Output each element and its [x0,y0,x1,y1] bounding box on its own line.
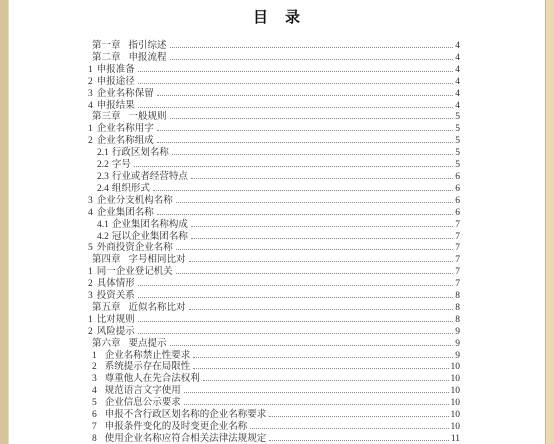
toc-entry: 2.3 行业或者经营特点 6 [88,172,460,184]
toc-entry-page: 4 [455,65,460,77]
dot-leader [193,357,453,358]
toc-entry: 1 企业名称用字 5 [88,124,460,136]
toc-entry-title: 申报不含行政区划名称的企业名称要求 [105,410,267,422]
toc-entry: 3 企业名称保留 4 [88,89,460,101]
toc-entry-number: 4.2 [97,232,109,244]
toc-entry-number: 第一章 [92,41,121,53]
toc-entry-title: 申报条件变化的及时变更企业名称 [105,422,248,434]
toc-entry: 4 企业集团名称 6 [88,208,460,220]
toc-entry-number: 2.3 [97,172,109,184]
toc-entry: 第四章 字号相同比对 7 [88,255,460,267]
toc-entry-number: 2.2 [97,160,109,172]
toc-entry: 2 企业名称组成 5 [88,136,460,148]
dot-leader [157,214,453,215]
toc-entry-number: 第三章 [92,112,121,124]
toc-entry-number: 1 [88,65,93,77]
toc-entry: 2 申报途径 4 [88,77,460,89]
dot-leader [170,47,454,48]
dot-leader [138,333,453,334]
toc-entry-page: 5 [455,136,460,148]
toc-entry-title: 企业名称用字 [97,124,154,136]
dot-leader [157,142,453,143]
dot-leader [170,118,454,119]
toc-entry-page: 7 [455,279,460,291]
dot-leader [184,392,449,393]
toc-entry: 2.4 组织形式 6 [88,184,460,196]
toc-entry-title: 申报准备 [97,65,135,77]
toc-entry: 8 使用企业名称应符合相关法律法规规定 11 [88,434,460,444]
toc-entry: 1 同一企业登记机关 7 [88,267,460,279]
toc-entry-title: 申报流程 [129,53,167,65]
toc-entry-number: 2 [92,362,97,374]
toc-entry: 2 系统提示存在局限性 10 [88,362,460,374]
toc-entry-title: 申报结果 [97,101,135,113]
toc-entry-page: 5 [455,112,460,124]
toc-entry: 第三章 一般规则 5 [88,112,460,124]
toc-entry: 4.2 冠以企业集团名称 7 [88,232,460,244]
toc-entry-page: 9 [455,327,460,339]
toc-entry: 4 申报结果 4 [88,101,460,113]
toc-entry-title: 要点提示 [129,339,167,351]
toc-entry-number: 2.1 [97,148,109,160]
toc-entry-title: 使用企业名称应符合相关法律法规规定 [105,434,267,444]
toc-entry-number: 7 [92,422,97,434]
toc-entry-number: 4 [92,386,97,398]
toc-entry-number: 2 [88,279,93,291]
dot-leader [170,345,454,346]
toc-entry: 3 企业分支机构名称 6 [88,196,460,208]
dot-leader [250,428,448,429]
toc-entry-page: 10 [451,410,461,422]
toc-entry-number: 2.4 [97,184,109,196]
toc-entry: 第一章 指引综述 4 [88,41,460,53]
toc-entry-title: 指引综述 [129,41,167,53]
toc-entry: 1 企业名称禁止性要求 9 [88,351,460,363]
toc-entry-title: 企业名称组成 [97,136,154,148]
toc-entry-page: 4 [455,77,460,89]
toc-entry-number: 3 [88,291,93,303]
dot-leader [269,440,449,441]
toc-entry: 第六章 要点提示 9 [88,339,460,351]
dot-leader [138,285,453,286]
toc-entry-title: 规范语言文字使用 [105,386,181,398]
toc-entry: 4 规范语言文字使用 10 [88,386,460,398]
toc-entry-title: 字号相同比对 [129,255,186,267]
toc-entry-page: 6 [455,184,460,196]
toc-entry-page: 10 [451,398,461,410]
toc-entry-page: 10 [451,362,461,374]
toc-entry-title: 企业集团名称 [97,208,154,220]
toc-entry: 3 尊重他人在先合法权利 10 [88,374,460,386]
toc-entry: 第五章 近似名称比对 8 [88,303,460,315]
toc-entry: 第二章 申报流程 4 [88,53,460,65]
dot-leader [170,59,454,60]
toc-entry-title: 字号 [112,160,131,172]
toc-entry-page: 7 [455,220,460,232]
toc-entry-title: 冠以企业集团名称 [112,232,188,244]
toc-entry-page: 9 [455,339,460,351]
toc-entry-number: 2 [88,136,93,148]
toc-entry-number: 3 [88,196,93,208]
dot-leader [157,95,453,96]
toc-entry-title: 申报途径 [97,77,135,89]
toc-entry-page: 4 [455,53,460,65]
toc-entry-page: 7 [455,232,460,244]
toc-entry-number: 1 [92,351,97,363]
toc-entry-number: 4.1 [97,220,109,232]
dot-leader [138,83,453,84]
toc-entry-title: 企业名称保留 [97,89,154,101]
toc-entry-number: 第二章 [92,53,121,65]
toc-entry-title: 组织形式 [112,184,150,196]
dot-leader [176,202,453,203]
toc-entry-number: 2 [88,77,93,89]
dot-leader [138,321,453,322]
page-edge-left [0,0,9,444]
toc-entry-page: 5 [455,160,460,172]
toc-entry-number: 6 [92,410,97,422]
toc-entry-number: 2 [88,327,93,339]
toc-entry-page: 11 [451,434,460,444]
toc-entry-page: 4 [455,101,460,113]
toc-entry: 2 具体情形 7 [88,279,460,291]
toc-entry-number: 第五章 [92,303,121,315]
toc-entry-title: 系统提示存在局限性 [105,362,191,374]
toc-entry-page: 7 [455,243,460,255]
dot-leader [138,297,453,298]
toc-entry: 2 风险提示 9 [88,327,460,339]
toc-entry-page: 7 [455,267,460,279]
toc-entry-page: 6 [455,172,460,184]
dot-leader [176,249,453,250]
toc-entry-page: 6 [455,208,460,220]
toc-entry-number: 3 [88,89,93,101]
toc-entry: 5 外商投资企业名称 7 [88,243,460,255]
toc-entry: 7 申报条件变化的及时变更企业名称 10 [88,422,460,434]
toc-entry-title: 企业信息公示要求 [105,398,181,410]
toc-entry: 5 企业信息公示要求 10 [88,398,460,410]
toc-entry: 2.1 行政区划名称 5 [88,148,460,160]
toc-entry-page: 9 [455,351,460,363]
toc-entry-number: 4 [88,208,93,220]
dot-leader [157,130,453,131]
toc-entry-title: 企业名称禁止性要求 [105,351,191,363]
toc-entry-title: 行业或者经营特点 [112,172,188,184]
toc-entry-number: 5 [88,243,93,255]
toc-entry-number: 1 [88,315,93,327]
toc-entry-title: 同一企业登记机关 [97,267,173,279]
dot-leader [203,380,449,381]
toc-list: 第一章 指引综述 4 第二章 申报流程 4 1 申报准备 4 2 申报途径 4 … [88,41,460,444]
dot-leader [172,154,453,155]
toc-entry: 2.2 字号 5 [88,160,460,172]
toc-entry: 6 申报不含行政区划名称的企业名称要求 10 [88,410,460,422]
toc-entry-page: 10 [451,386,461,398]
toc-entry-title: 近似名称比对 [129,303,186,315]
dot-leader [191,238,453,239]
toc-entry-title: 外商投资企业名称 [97,243,173,255]
dot-leader [191,226,453,227]
toc-entry-page: 5 [455,124,460,136]
toc-entry-page: 6 [455,196,460,208]
toc-entry-number: 1 [88,267,93,279]
toc-entry-page: 5 [455,148,460,160]
toc-entry: 3 投资关系 8 [88,291,460,303]
dot-leader [176,273,453,274]
dot-leader [138,71,453,72]
page-edge-right [545,0,554,444]
toc-entry-page: 8 [455,315,460,327]
dot-leader [138,107,453,108]
page-title: 目 录 [9,6,545,27]
toc-entry-title: 具体情形 [97,279,135,291]
toc-entry-title: 企业集团名称构成 [112,220,188,232]
toc-entry-title: 一般规则 [129,112,167,124]
toc-entry-number: 4 [88,101,93,113]
toc-entry-number: 5 [92,398,97,410]
toc-entry-title: 企业分支机构名称 [97,196,173,208]
dot-leader [269,416,448,417]
toc-entry: 1 比对规则 8 [88,315,460,327]
toc-entry-number: 第六章 [92,339,121,351]
toc-entry-number: 1 [88,124,93,136]
toc-entry-page: 4 [455,89,460,101]
toc-entry-page: 10 [451,374,461,386]
toc-entry-page: 8 [455,291,460,303]
dot-leader [134,166,453,167]
toc-entry-title: 投资关系 [97,291,135,303]
toc-entry-number: 8 [92,434,97,444]
toc-entry-title: 行政区划名称 [112,148,169,160]
toc-entry-title: 比对规则 [97,315,135,327]
toc-entry-number: 第四章 [92,255,121,267]
toc-entry-page: 8 [455,303,460,315]
toc-entry-page: 4 [455,41,460,53]
dot-leader [184,404,449,405]
dot-leader [153,190,453,191]
toc-entry-page: 10 [451,422,461,434]
dot-leader [189,309,454,310]
toc-entry-title: 风险提示 [97,327,135,339]
dot-leader [189,261,454,262]
toc-entry-page: 7 [455,255,460,267]
dot-leader [191,178,453,179]
toc-entry-title: 尊重他人在先合法权利 [105,374,200,386]
toc-entry: 1 申报准备 4 [88,65,460,77]
dot-leader [193,368,448,369]
toc-entry: 4.1 企业集团名称构成 7 [88,220,460,232]
toc-entry-number: 3 [92,374,97,386]
